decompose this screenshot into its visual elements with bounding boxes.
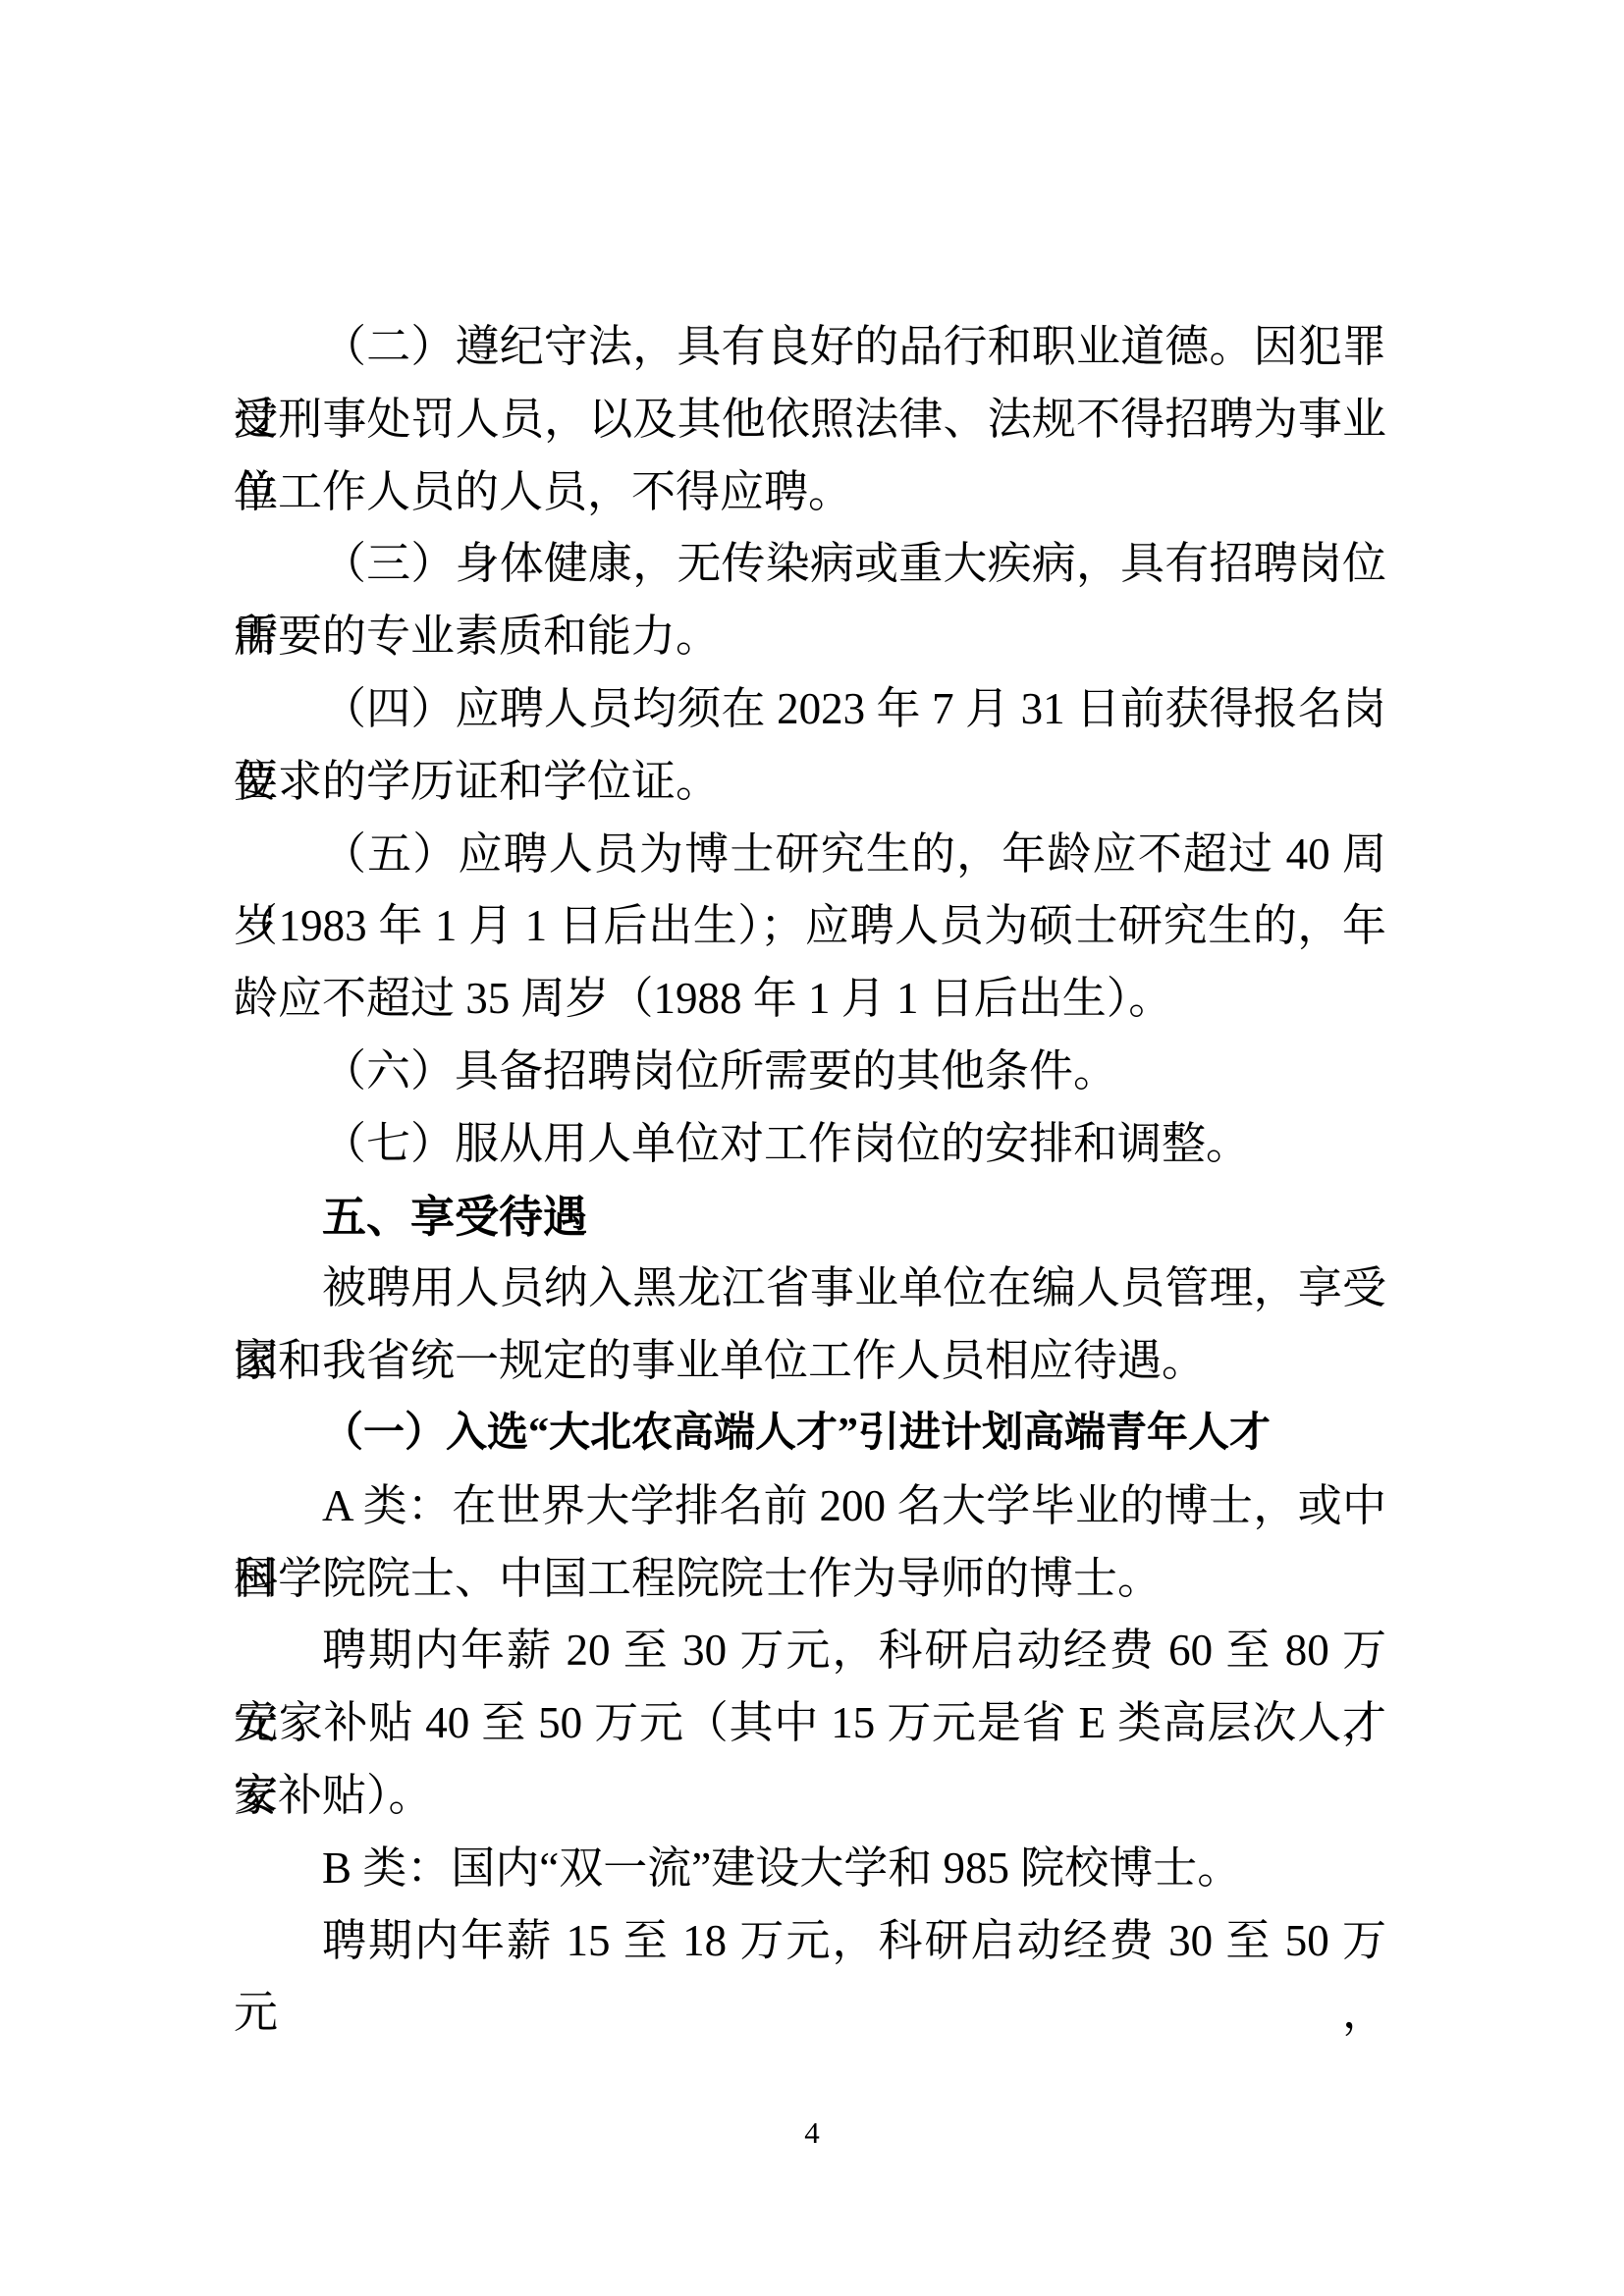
body-line: （七）服从用人单位对工作岗位的安排和调整。 [234,1108,1386,1181]
body-line: 位工作人员的人员，不得应聘。 [234,456,1386,529]
body-line: A 类：在世界大学排名前 200 名大学毕业的博士，或中国 [234,1470,1386,1543]
section-heading: 五、享受待遇 [234,1181,1386,1254]
body-line: 家和我省统一规定的事业单位工作人员相应待遇。 [234,1325,1386,1398]
body-line: （二）遵纪守法，具有良好的品行和职业道德。因犯罪受 [234,311,1386,384]
body-line: （五）应聘人员为博士研究生的，年龄应不超过 40 周岁 [234,819,1386,891]
body-line: 聘期内年薪 15 至 18 万元，科研启动经费 30 至 50 万元， [234,1905,1386,1978]
document-page: （二）遵纪守法，具有良好的品行和职业道德。因犯罪受 过刑事处罚人员，以及其他依照… [0,0,1624,2296]
body-line: 被聘用人员纳入黑龙江省事业单位在编人员管理，享受国 [234,1253,1386,1325]
body-line: （三）身体健康，无传染病或重大疾病，具有招聘岗位所 [234,528,1386,601]
document-body: （二）遵纪守法，具有良好的品行和职业道德。因犯罪受 过刑事处罚人员，以及其他依照… [234,311,1386,1977]
body-line: 家补贴）。 [234,1760,1386,1833]
body-line: 龄应不超过 35 周岁（1988 年 1 月 1 日后出生）。 [234,963,1386,1036]
body-line: 需要的专业素质和能力。 [234,601,1386,673]
body-line: （1983 年 1 月 1 日后出生）；应聘人员为硕士研究生的，年 [234,890,1386,963]
page-number: 4 [0,2112,1624,2154]
body-line: 聘期内年薪 20 至 30 万元，科研启动经费 60 至 80 万元， [234,1615,1386,1687]
body-line: 安家补贴 40 至 50 万元（其中 15 万元是省 E 类高层次人才安 [234,1687,1386,1760]
body-line: 要求的学历证和学位证。 [234,746,1386,819]
body-line: B 类：国内“双一流”建设大学和 985 院校博士。 [234,1833,1386,1905]
body-line: 科学院院士、中国工程院院士作为导师的博士。 [234,1543,1386,1616]
body-line: 过刑事处罚人员，以及其他依照法律、法规不得招聘为事业单 [234,384,1386,456]
body-line: （四）应聘人员均须在 2023 年 7 月 31 日前获得报名岗位 [234,673,1386,746]
body-line: （六）具备招聘岗位所需要的其他条件。 [234,1036,1386,1108]
subsection-heading: （一）入选“大北农高端人才”引进计划高端青年人才 [234,1398,1386,1470]
